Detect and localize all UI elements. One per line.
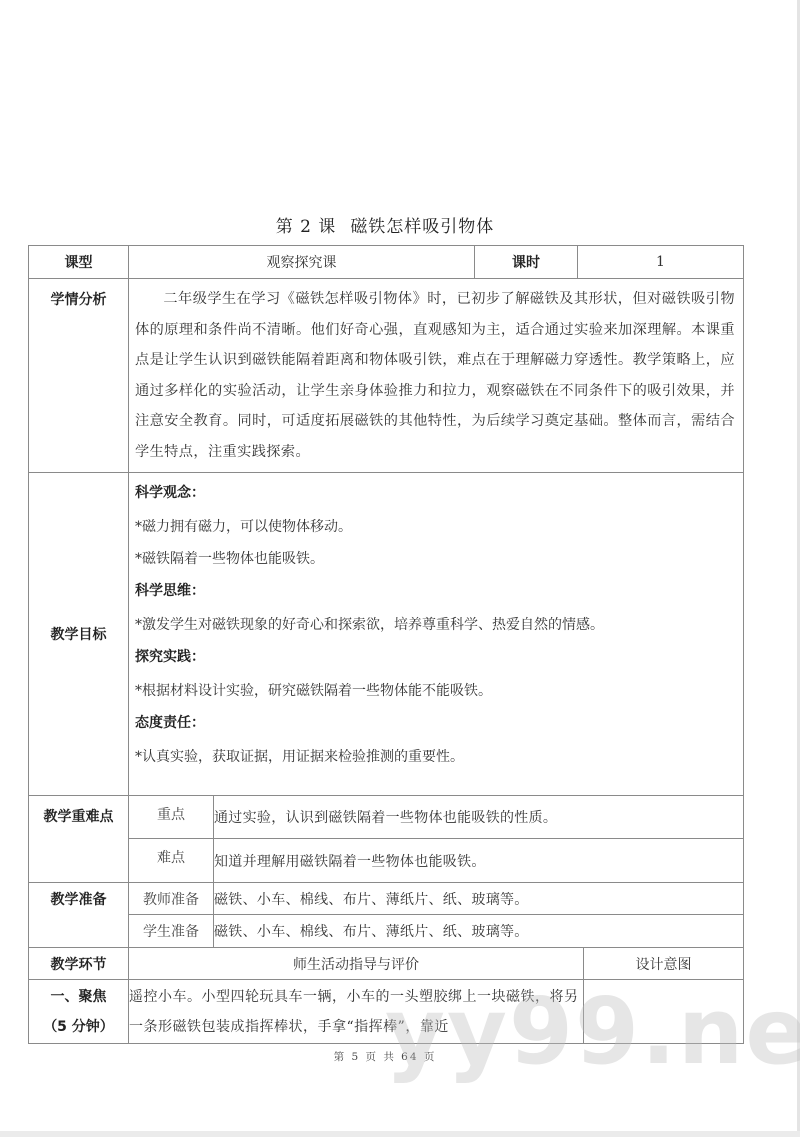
analysis-label: 学情分析: [29, 279, 129, 473]
analysis-cell: 二年级学生在学习《磁铁怎样吸引物体》时，已初步了解磁铁及其形状，但对磁铁吸引物体…: [129, 279, 744, 473]
teacher-prep-text: 磁铁、小车、棉线、布片、薄纸片、纸、玻璃等。: [214, 883, 744, 915]
row-objectives: 教学目标 科学观念： *磁力拥有磁力，可以使物体移动。 *磁铁隔着一些物体也能吸…: [29, 473, 744, 796]
viewer-bottom-band: [0, 1131, 800, 1137]
objective-heading: 探究实践：: [135, 646, 735, 669]
student-prep-text: 磁铁、小车、棉线、布片、薄纸片、纸、玻璃等。: [214, 915, 744, 948]
class-hours-value: 1: [578, 246, 744, 279]
objective-heading: 科学思维：: [135, 580, 735, 603]
lesson-number: 第 2 课: [276, 217, 337, 237]
lesson-name: 磁铁怎样吸引物体: [350, 217, 494, 237]
preparation-label: 教学准备: [29, 883, 129, 948]
key-points-label: 教学重难点: [29, 796, 129, 883]
stage-duration: （5 分钟）: [29, 1012, 128, 1042]
teacher-prep-sub: 教师准备: [129, 883, 214, 915]
analysis-text: 二年级学生在学习《磁铁怎样吸引物体》时，已初步了解磁铁及其形状，但对磁铁吸引物体…: [129, 281, 743, 470]
stage-intent: [584, 980, 744, 1044]
intent-header: 设计意图: [584, 948, 744, 980]
objective-item: *认真实验，获取证据，用证据来检验推测的重要性。: [135, 747, 735, 767]
objective-item: *磁力拥有磁力，可以使物体移动。: [135, 517, 735, 537]
row-difficult-point: 难点 知道并理解用磁铁隔着一些物体也能吸铁。: [29, 839, 744, 883]
objective-item: *激发学生对磁铁现象的好奇心和探索欲，培养尊重科学、热爱自然的情感。: [135, 615, 735, 635]
student-prep-sub: 学生准备: [129, 915, 214, 948]
objective-heading: 科学观念：: [135, 482, 735, 505]
difficult-point-sub: 难点: [129, 839, 214, 883]
row-stage-focus: 一、聚焦 （5 分钟） 遥控小车。小型四轮玩具车一辆，小车的一头塑胶绑上一块磁铁…: [29, 980, 744, 1044]
activity-header: 师生活动指导与评价: [129, 948, 584, 980]
page-title: 第 2 课磁铁怎样吸引物体: [0, 212, 770, 237]
row-student-prep: 学生准备 磁铁、小车、棉线、布片、薄纸片、纸、玻璃等。: [29, 915, 744, 948]
row-key-point: 教学重难点 重点 通过实验，认识到磁铁隔着一些物体也能吸铁的性质。: [29, 796, 744, 839]
stage-name-cell: 一、聚焦 （5 分钟）: [29, 980, 129, 1044]
course-type-value: 观察探究课: [129, 246, 475, 279]
row-course-type: 课型 观察探究课 课时 1: [29, 246, 744, 279]
objective-heading: 态度责任：: [135, 712, 735, 735]
lesson-plan-table: 课型 观察探究课 课时 1 学情分析 二年级学生在学习《磁铁怎样吸引物体》时，已…: [28, 245, 744, 1044]
row-process-header: 教学环节 师生活动指导与评价 设计意图: [29, 948, 744, 980]
page-number: 第 5 页 共 64 页: [0, 1049, 770, 1064]
key-point-text: 通过实验，认识到磁铁隔着一些物体也能吸铁的性质。: [214, 796, 744, 839]
stage-activity: 遥控小车。小型四轮玩具车一辆，小车的一头塑胶绑上一块磁铁，将另一条形磁铁包装成指…: [129, 980, 584, 1044]
difficult-point-text: 知道并理解用磁铁隔着一些物体也能吸铁。: [214, 839, 744, 883]
class-hours-label: 课时: [475, 246, 578, 279]
objectives-cell: 科学观念： *磁力拥有磁力，可以使物体移动。 *磁铁隔着一些物体也能吸铁。 科学…: [129, 473, 744, 796]
row-teacher-prep: 教学准备 教师准备 磁铁、小车、棉线、布片、薄纸片、纸、玻璃等。: [29, 883, 744, 915]
process-label: 教学环节: [29, 948, 129, 980]
objectives-label: 教学目标: [29, 473, 129, 796]
objective-item: *磁铁隔着一些物体也能吸铁。: [135, 549, 735, 569]
course-type-label: 课型: [29, 246, 129, 279]
row-analysis: 学情分析 二年级学生在学习《磁铁怎样吸引物体》时，已初步了解磁铁及其形状，但对磁…: [29, 279, 744, 473]
stage-name: 一、聚焦: [29, 982, 128, 1012]
objective-item: *根据材料设计实验，研究磁铁隔着一些物体能不能吸铁。: [135, 681, 735, 701]
key-point-sub: 重点: [129, 796, 214, 839]
